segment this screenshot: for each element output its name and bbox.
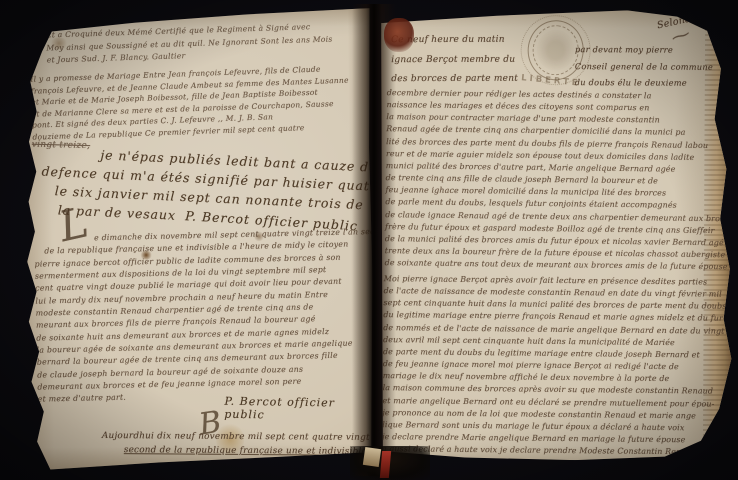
officer-signature: P. Bercot officier public xyxy=(224,395,373,423)
publication-entry: e dimanche dix novembre mil sept cent qu… xyxy=(34,226,394,407)
marriage-act-body: decembre dernier pour rédiger les actes … xyxy=(385,87,738,274)
right-page: Selond ~ LIBERTE Ce neuf heure du matini… xyxy=(375,7,735,471)
page-edge-sliver xyxy=(363,447,381,467)
marriage-promise-entry: Il y a promesse de Mariage Entre Jean fr… xyxy=(30,63,350,144)
binding-top-leather xyxy=(384,18,414,52)
manuscript-book-scan: Et a Croquiné deux Mémé Certifié que le … xyxy=(0,0,738,480)
regiment-note: Et a Croquiné deux Mémé Certifié que le … xyxy=(46,21,333,67)
left-page: Et a Croquiné deux Mémé Certifié que le … xyxy=(16,8,375,470)
marriage-act-body: Moi pierre ignace Berçot après avoir fai… xyxy=(382,273,727,459)
act-opening-right-column: par devant moy pierreConseil general de … xyxy=(575,41,713,91)
